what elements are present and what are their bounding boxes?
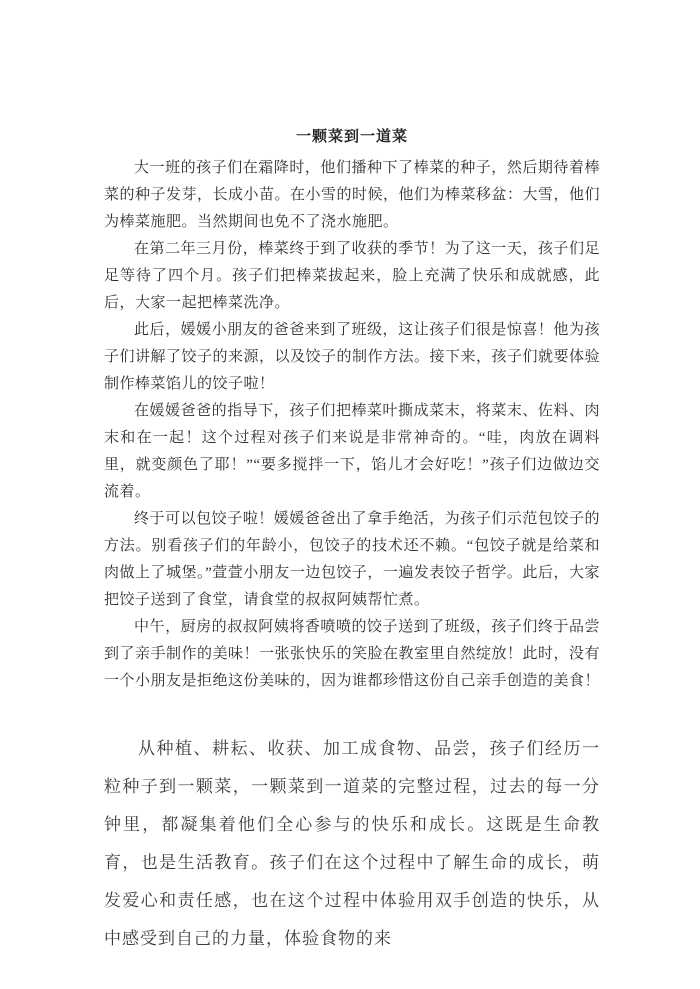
body-paragraph-1: 大一班的孩子们在霜降时，他们播种下了棒菜的种子，然后期待着棒菜的种子发芽，长成小… (104, 155, 600, 236)
closing-paragraph: 从种植、耕耘、收获、加工成食物、品尝，孩子们经历一粒种子到一颗菜，一颗菜到一道菜… (104, 730, 600, 958)
body-paragraph-4: 在媛媛爸爸的指导下，孩子们把棒菜叶撕成菜末，将菜末、佐料、肉末和在一起！这个过程… (104, 398, 600, 506)
body-paragraph-5: 终于可以包饺子啦！媛媛爸爸出了拿手绝活，为孩子们示范包饺子的方法。别看孩子们的年… (104, 506, 600, 614)
document-page: 一颗菜到一道菜 大一班的孩子们在霜降时，他们播种下了棒菜的种子，然后期待着棒菜的… (0, 0, 700, 989)
body-paragraph-6: 中午，厨房的叔叔阿姨将香喷喷的饺子送到了班级，孩子们终于品尝到了亲手制作的美味！… (104, 614, 600, 695)
body-paragraph-3: 此后，媛媛小朋友的爸爸来到了班级，这让孩子们很是惊喜！他为孩子们讲解了饺子的来源… (104, 317, 600, 398)
page-content: 一颗菜到一道菜 大一班的孩子们在霜降时，他们播种下了棒菜的种子，然后期待着棒菜的… (104, 127, 600, 958)
body-paragraph-2: 在第二年三月份，棒菜终于到了收获的季节！为了这一天，孩子们足足等待了四个月。孩子… (104, 236, 600, 317)
document-title: 一颗菜到一道菜 (104, 127, 600, 147)
